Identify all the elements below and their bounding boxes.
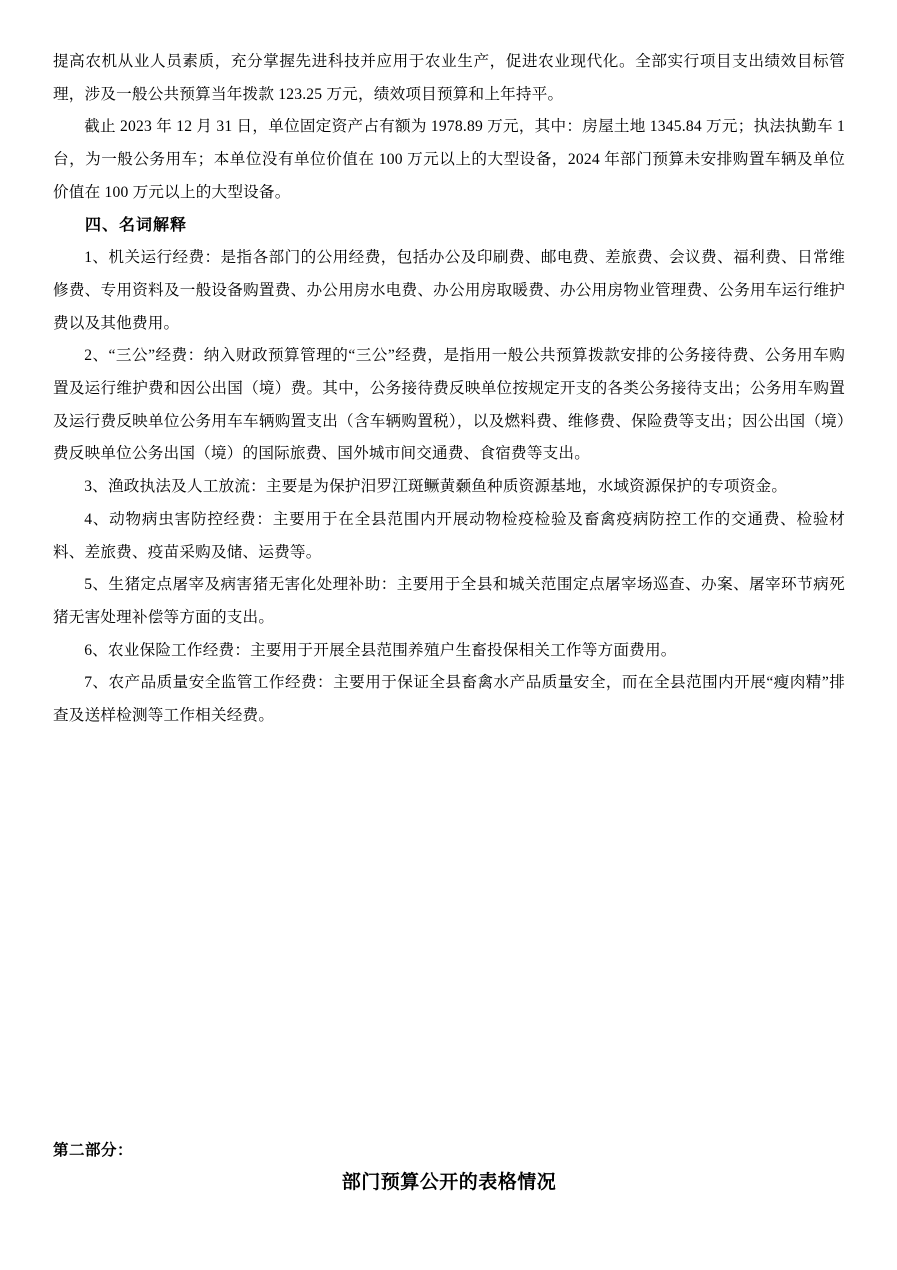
part-two-title: 部门预算公开的表格情况 <box>53 1167 845 1199</box>
paragraph-term-1-agency-operating-funds: 1、机关运行经费：是指各部门的公用经费，包括办公及印刷费、邮电费、差旅费、会议费… <box>53 242 845 340</box>
paragraph-term-3-fishery-enforcement: 3、渔政执法及人工放流：主要是为保护汨罗江斑鳜黄颡鱼种质资源基地，水域资源保护的… <box>53 471 845 504</box>
part-two-label: 第二部分： <box>53 1134 845 1167</box>
part-two-section: 第二部分： 部门预算公开的表格情况 <box>53 1134 845 1199</box>
document-body: 提高农机从业人员素质，充分掌握先进科技并应用于农业生产，促进农业现代化。全部实行… <box>53 46 845 1199</box>
section-heading-glossary: 四、名词解释 <box>53 210 845 243</box>
paragraph-term-4-animal-disease-control: 4、动物病虫害防控经费：主要用于在全县范围内开展动物检疫检验及畜禽疫病防控工作的… <box>53 504 845 569</box>
paragraph-term-2-three-public-expenses: 2、“三公”经费：纳入财政预算管理的“三公”经费，是指用一般公共预算拨款安排的公… <box>53 340 845 471</box>
paragraph-term-6-agricultural-insurance: 6、农业保险工作经费：主要用于开展全县范围养殖户生畜投保相关工作等方面费用。 <box>53 635 845 668</box>
paragraph-term-7-product-quality-supervision: 7、农产品质量安全监管工作经费：主要用于保证全县畜禽水产品质量安全，而在全县范围… <box>53 667 845 732</box>
paragraph-performance-target: 提高农机从业人员素质，充分掌握先进科技并应用于农业生产，促进农业现代化。全部实行… <box>53 46 845 111</box>
document-page: 提高农机从业人员素质，充分掌握先进科技并应用于农业生产，促进农业现代化。全部实行… <box>0 0 897 1270</box>
paragraph-fixed-assets: 截止 2023 年 12 月 31 日，单位固定资产占有额为 1978.89 万… <box>53 111 845 209</box>
paragraph-term-5-pig-slaughter-subsidy: 5、生猪定点屠宰及病害猪无害化处理补助：主要用于全县和城关范围定点屠宰场巡查、办… <box>53 569 845 634</box>
